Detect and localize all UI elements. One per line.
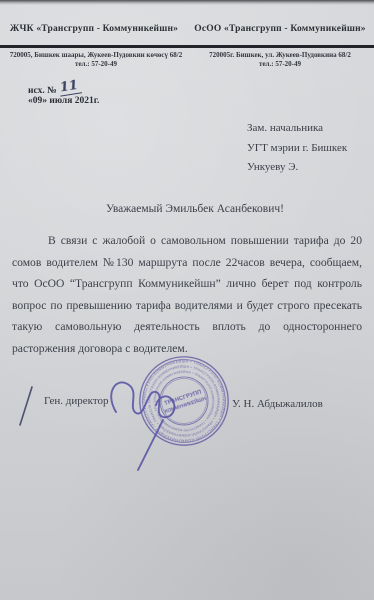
recipient-line: Зам. начальника (247, 119, 347, 139)
outgoing-ref-label: исх. № (28, 86, 57, 96)
address-right-phone: тел.: 57-20-49 (190, 60, 370, 69)
signer-title: Ген. директор (44, 395, 109, 407)
org-title-left: ЖЧК «Трансгрупп - Коммуникейшн» (6, 24, 182, 34)
signer-name: У. Н. Абдыжалилов (232, 398, 323, 410)
outgoing-ref-number-handwritten: 11 (58, 77, 82, 96)
org-title-right: ОсОО «Трансгрупп - Коммуникейшн» (192, 24, 368, 34)
recipient-line: Ункуеву Э. (247, 158, 347, 178)
salutation: Уважаемый Эмильбек Асанбекович! (106, 203, 284, 215)
letter-date: «09» июля 2021г. (28, 96, 99, 106)
address-right: 720005г. Бишкек, ул. Жукеев-Пудовкина 68… (190, 51, 370, 69)
recipient-line: УГТ мэрии г. Бишкек (247, 139, 347, 159)
letterhead-rule (0, 45, 374, 48)
letter-photo: ЖЧК «Трансгрупп - Коммуникейшн» ОсОО «Тр… (0, 0, 374, 600)
address-left-phone: тел.: 57-20-49 (4, 60, 188, 69)
address-left: 720005, Бишкек шаары, Жукеев-Пудовкин кө… (4, 51, 188, 69)
address-right-line1: 720005г. Бишкек, ул. Жукеев-Пудовкина 68… (190, 51, 370, 60)
letter-body: В связи с жалобой о самовольном повышени… (12, 230, 362, 360)
recipient-block: Зам. начальника УГТ мэрии г. Бишкек Унку… (247, 119, 347, 178)
pen-slash-mark (16, 384, 38, 428)
address-left-line1: 720005, Бишкек шаары, Жукеев-Пудовкин кө… (4, 51, 188, 60)
photo-top-edge (0, 0, 374, 5)
company-stamp: • ТРАНСГРУПП-КОММУНИКЕЙШН • ТРАНСГРУПП-К… (131, 348, 237, 454)
